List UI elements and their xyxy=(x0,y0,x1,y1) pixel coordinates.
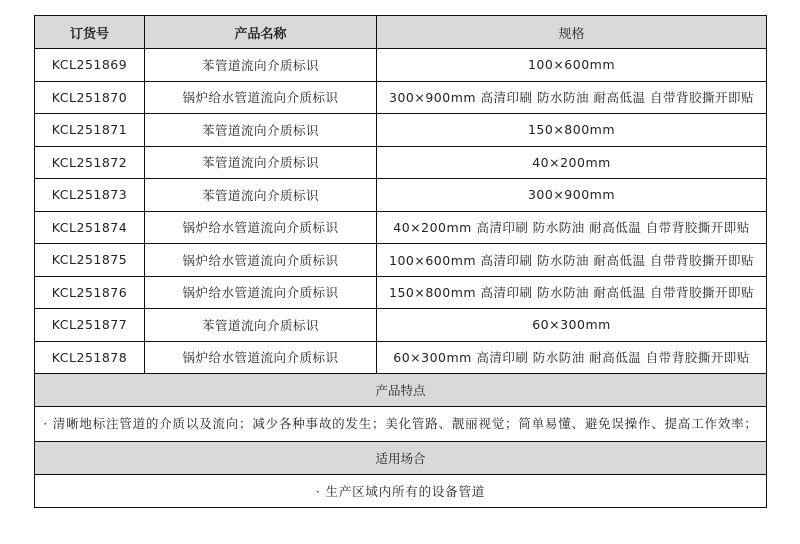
order-no-cell: KCL251872 xyxy=(35,146,145,179)
spec-cell: 150×800mm xyxy=(377,114,767,147)
features-heading: 产品特点 xyxy=(35,374,767,407)
product-name-cell: 锅炉给水管道流向介质标识 xyxy=(145,81,377,114)
order-no-cell: KCL251869 xyxy=(35,49,145,82)
product-name-cell: 锅炉给水管道流向介质标识 xyxy=(145,244,377,277)
spec-cell: 300×900mm 高清印刷 防水防油 耐高低温 自带背胶撕开即贴 xyxy=(377,81,767,114)
spec-cell: 40×200mm 高清印刷 防水防油 耐高低温 自带背胶撕开即贴 xyxy=(377,211,767,244)
table-row: KCL251874 锅炉给水管道流向介质标识 40×200mm 高清印刷 防水防… xyxy=(35,211,767,244)
product-name-cell: 锅炉给水管道流向介质标识 xyxy=(145,211,377,244)
spec-cell: 100×600mm 高清印刷 防水防油 耐高低温 自带背胶撕开即贴 xyxy=(377,244,767,277)
table-row: KCL251873 苯管道流向介质标识 300×900mm xyxy=(35,179,767,212)
header-order-no: 订货号 xyxy=(35,16,145,49)
order-no-cell: KCL251878 xyxy=(35,341,145,374)
scenes-heading-row: 适用场合 xyxy=(35,442,767,475)
order-no-cell: KCL251876 xyxy=(35,276,145,309)
features-heading-row: 产品特点 xyxy=(35,374,767,407)
spec-cell: 100×600mm xyxy=(377,49,767,82)
header-spec: 规格 xyxy=(377,16,767,49)
product-spec-table: 订货号 产品名称 规格 KCL251869 苯管道流向介质标识 100×600m… xyxy=(34,15,767,508)
header-product-name: 产品名称 xyxy=(145,16,377,49)
spec-cell: 60×300mm xyxy=(377,309,767,342)
features-text: · 清晰地标注管道的介质以及流向；减少各种事故的发生；美化管路、靓丽视觉；简单易… xyxy=(35,407,767,442)
product-name-cell: 苯管道流向介质标识 xyxy=(145,146,377,179)
spec-cell: 300×900mm xyxy=(377,179,767,212)
order-no-cell: KCL251875 xyxy=(35,244,145,277)
order-no-cell: KCL251870 xyxy=(35,81,145,114)
product-name-cell: 锅炉给水管道流向介质标识 xyxy=(145,276,377,309)
scenes-heading: 适用场合 xyxy=(35,442,767,475)
table-row: KCL251872 苯管道流向介质标识 40×200mm xyxy=(35,146,767,179)
spec-cell: 40×200mm xyxy=(377,146,767,179)
table-row: KCL251870 锅炉给水管道流向介质标识 300×900mm 高清印刷 防水… xyxy=(35,81,767,114)
table-row: KCL251877 苯管道流向介质标识 60×300mm xyxy=(35,309,767,342)
table-row: KCL251869 苯管道流向介质标识 100×600mm xyxy=(35,49,767,82)
order-no-cell: KCL251871 xyxy=(35,114,145,147)
table-row: KCL251878 锅炉给水管道流向介质标识 60×300mm 高清印刷 防水防… xyxy=(35,341,767,374)
table-row: KCL251871 苯管道流向介质标识 150×800mm xyxy=(35,114,767,147)
spec-cell: 60×300mm 高清印刷 防水防油 耐高低温 自带背胶撕开即贴 xyxy=(377,341,767,374)
product-name-cell: 苯管道流向介质标识 xyxy=(145,179,377,212)
order-no-cell: KCL251873 xyxy=(35,179,145,212)
table-row: KCL251876 锅炉给水管道流向介质标识 150×800mm 高清印刷 防水… xyxy=(35,276,767,309)
order-no-cell: KCL251877 xyxy=(35,309,145,342)
scenes-row: · 生产区域内所有的设备管道 xyxy=(35,475,767,508)
product-name-cell: 苯管道流向介质标识 xyxy=(145,49,377,82)
product-name-cell: 锅炉给水管道流向介质标识 xyxy=(145,341,377,374)
product-name-cell: 苯管道流向介质标识 xyxy=(145,114,377,147)
spec-cell: 150×800mm 高清印刷 防水防油 耐高低温 自带背胶撕开即贴 xyxy=(377,276,767,309)
product-name-cell: 苯管道流向介质标识 xyxy=(145,309,377,342)
scenes-text: · 生产区域内所有的设备管道 xyxy=(35,475,767,508)
features-row: · 清晰地标注管道的介质以及流向；减少各种事故的发生；美化管路、靓丽视觉；简单易… xyxy=(35,407,767,442)
order-no-cell: KCL251874 xyxy=(35,211,145,244)
table-header-row: 订货号 产品名称 规格 xyxy=(35,16,767,49)
table-row: KCL251875 锅炉给水管道流向介质标识 100×600mm 高清印刷 防水… xyxy=(35,244,767,277)
